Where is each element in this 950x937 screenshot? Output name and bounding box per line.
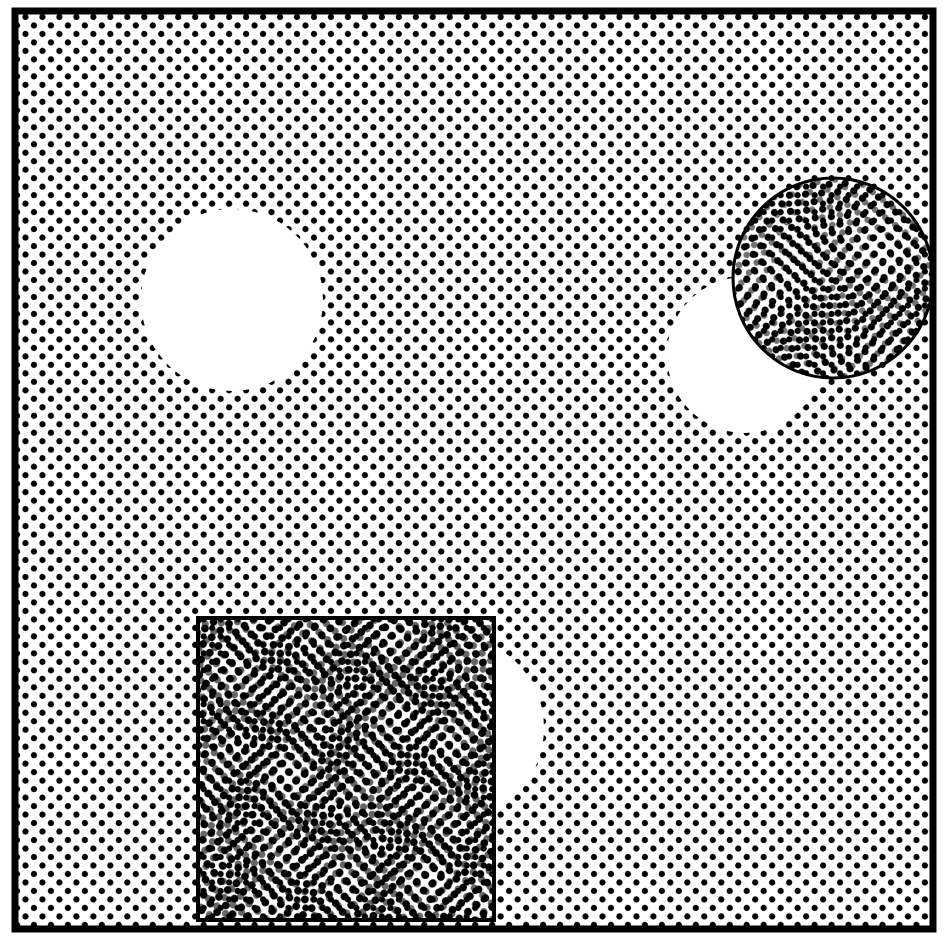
halftone-moire-figure	[0, 0, 950, 937]
white-disk-left	[141, 209, 323, 391]
moire-square	[199, 619, 493, 919]
